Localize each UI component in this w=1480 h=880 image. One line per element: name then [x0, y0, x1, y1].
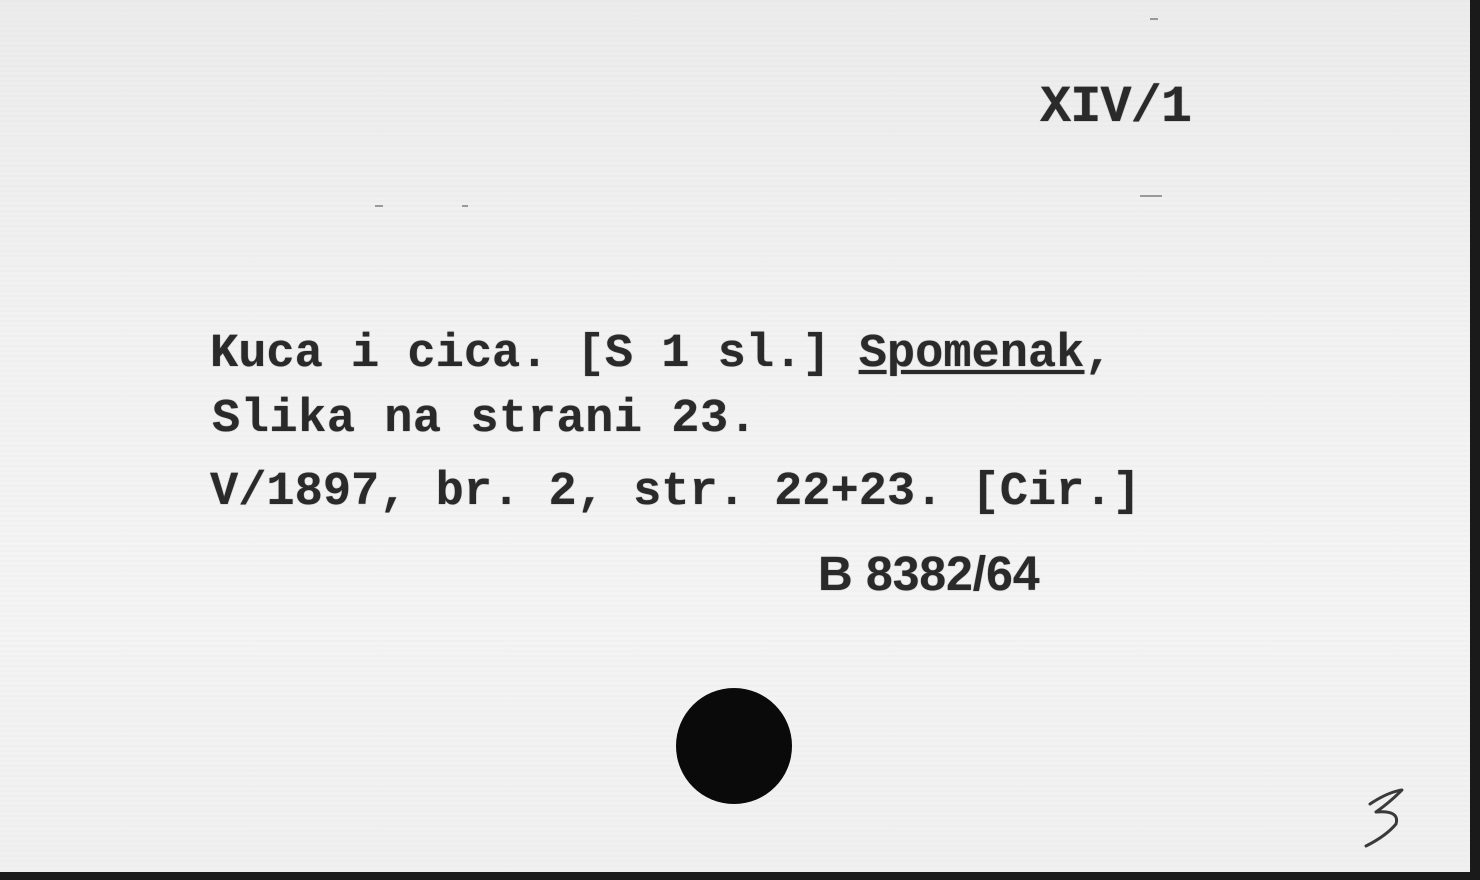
illustration-note: Slika na strani 23. — [212, 392, 757, 448]
call-number: XIV/1 — [1040, 78, 1191, 138]
entry-line-1: Kuca i cica. [S 1 sl.] Spomenak, — [210, 332, 1141, 378]
punch-hole — [676, 688, 792, 804]
ink-speck — [375, 205, 383, 207]
accession-number: B 8382/64 — [818, 545, 1040, 605]
entry-line-2: V/1897, br. 2, str. 22+23. [Cir.] — [210, 470, 1141, 516]
title-text: Kuca i cica. [S 1 sl.] — [210, 328, 859, 381]
ink-speck — [1150, 18, 1158, 20]
journal-comma: , — [1084, 328, 1112, 381]
catalog-card: XIV/1 Kuca i cica. [S 1 sl.] Spomenak, V… — [0, 0, 1470, 872]
ink-speck — [1140, 195, 1162, 197]
journal-title: Spomenak — [859, 328, 1085, 381]
handwritten-number-3 — [1360, 782, 1420, 852]
ink-speck — [462, 205, 468, 207]
